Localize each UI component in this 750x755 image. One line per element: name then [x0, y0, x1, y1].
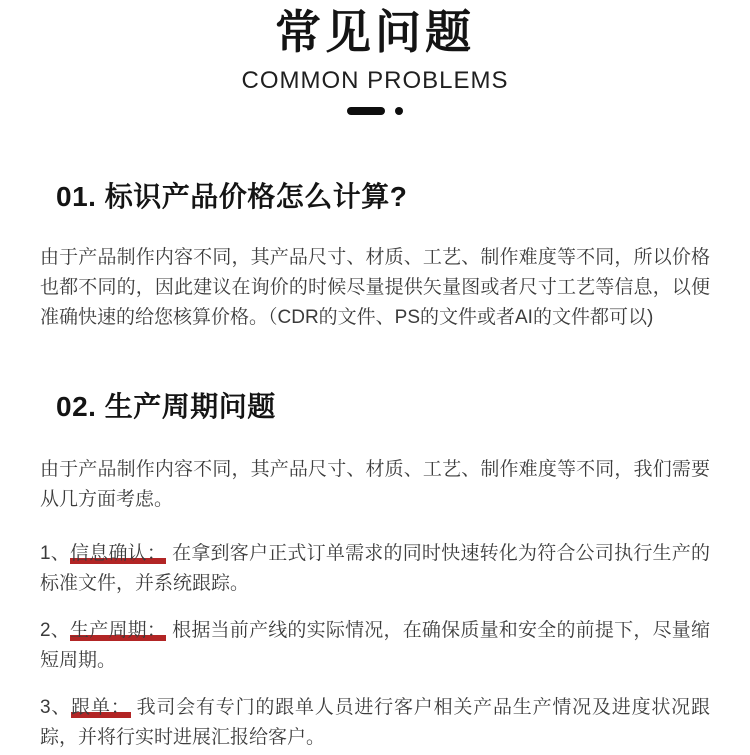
section-2-heading: 02. 生产周期问题 [40, 385, 710, 425]
page-header: 常见问题 COMMON PROBLEMS [0, 0, 750, 115]
item-2-number: 2、 [40, 620, 70, 641]
item-2-term: 生产周期： [70, 620, 166, 641]
item-1-term: 信息确认： [70, 543, 166, 564]
list-item-3: 3、跟单：我司会有专门的跟单人员进行客户相关产品生产情况及进度状况跟踪，并将行实… [40, 693, 710, 753]
divider-dot [395, 107, 403, 115]
faq-section-pricing: 01. 标识产品价格怎么计算? 由于产品制作内容不同，其产品尺寸、材质、工艺、制… [40, 175, 710, 333]
section-1-heading: 01. 标识产品价格怎么计算? [40, 175, 710, 215]
faq-section-leadtime: 02. 生产周期问题 由于产品制作内容不同，其产品尺寸、材质、工艺、制作难度等不… [40, 385, 710, 753]
item-3-term: 跟单： [71, 697, 130, 718]
section-2-intro: 由于产品制作内容不同，其产品尺寸、材质、工艺、制作难度等不同，我们需要从几方面考… [40, 455, 710, 515]
item-3-number: 3、 [40, 697, 71, 718]
list-item-1: 1、信息确认：在拿到客户正式订单需求的同时快速转化为符合公司执行生产的标准文件，… [40, 539, 710, 599]
item-3-text: 我司会有专门的跟单人员进行客户相关产品生产情况及进度状况跟踪，并将行实时进展汇报… [40, 697, 710, 748]
list-item-2: 2、生产周期：根据当前产线的实际情况，在确保质量和安全的前提下，尽量缩短周期。 [40, 616, 710, 676]
faq-content: 01. 标识产品价格怎么计算? 由于产品制作内容不同，其产品尺寸、材质、工艺、制… [0, 175, 750, 753]
divider-bar [347, 107, 385, 115]
consideration-list: 1、信息确认：在拿到客户正式订单需求的同时快速转化为符合公司执行生产的标准文件，… [40, 539, 710, 753]
page-subtitle: COMMON PROBLEMS [0, 67, 750, 95]
title-divider [0, 107, 750, 115]
item-1-number: 1、 [40, 543, 70, 564]
page-title: 常见问题 [0, 6, 750, 59]
section-1-paragraph: 由于产品制作内容不同，其产品尺寸、材质、工艺、制作难度等不同，所以价格也都不同的… [40, 243, 710, 333]
